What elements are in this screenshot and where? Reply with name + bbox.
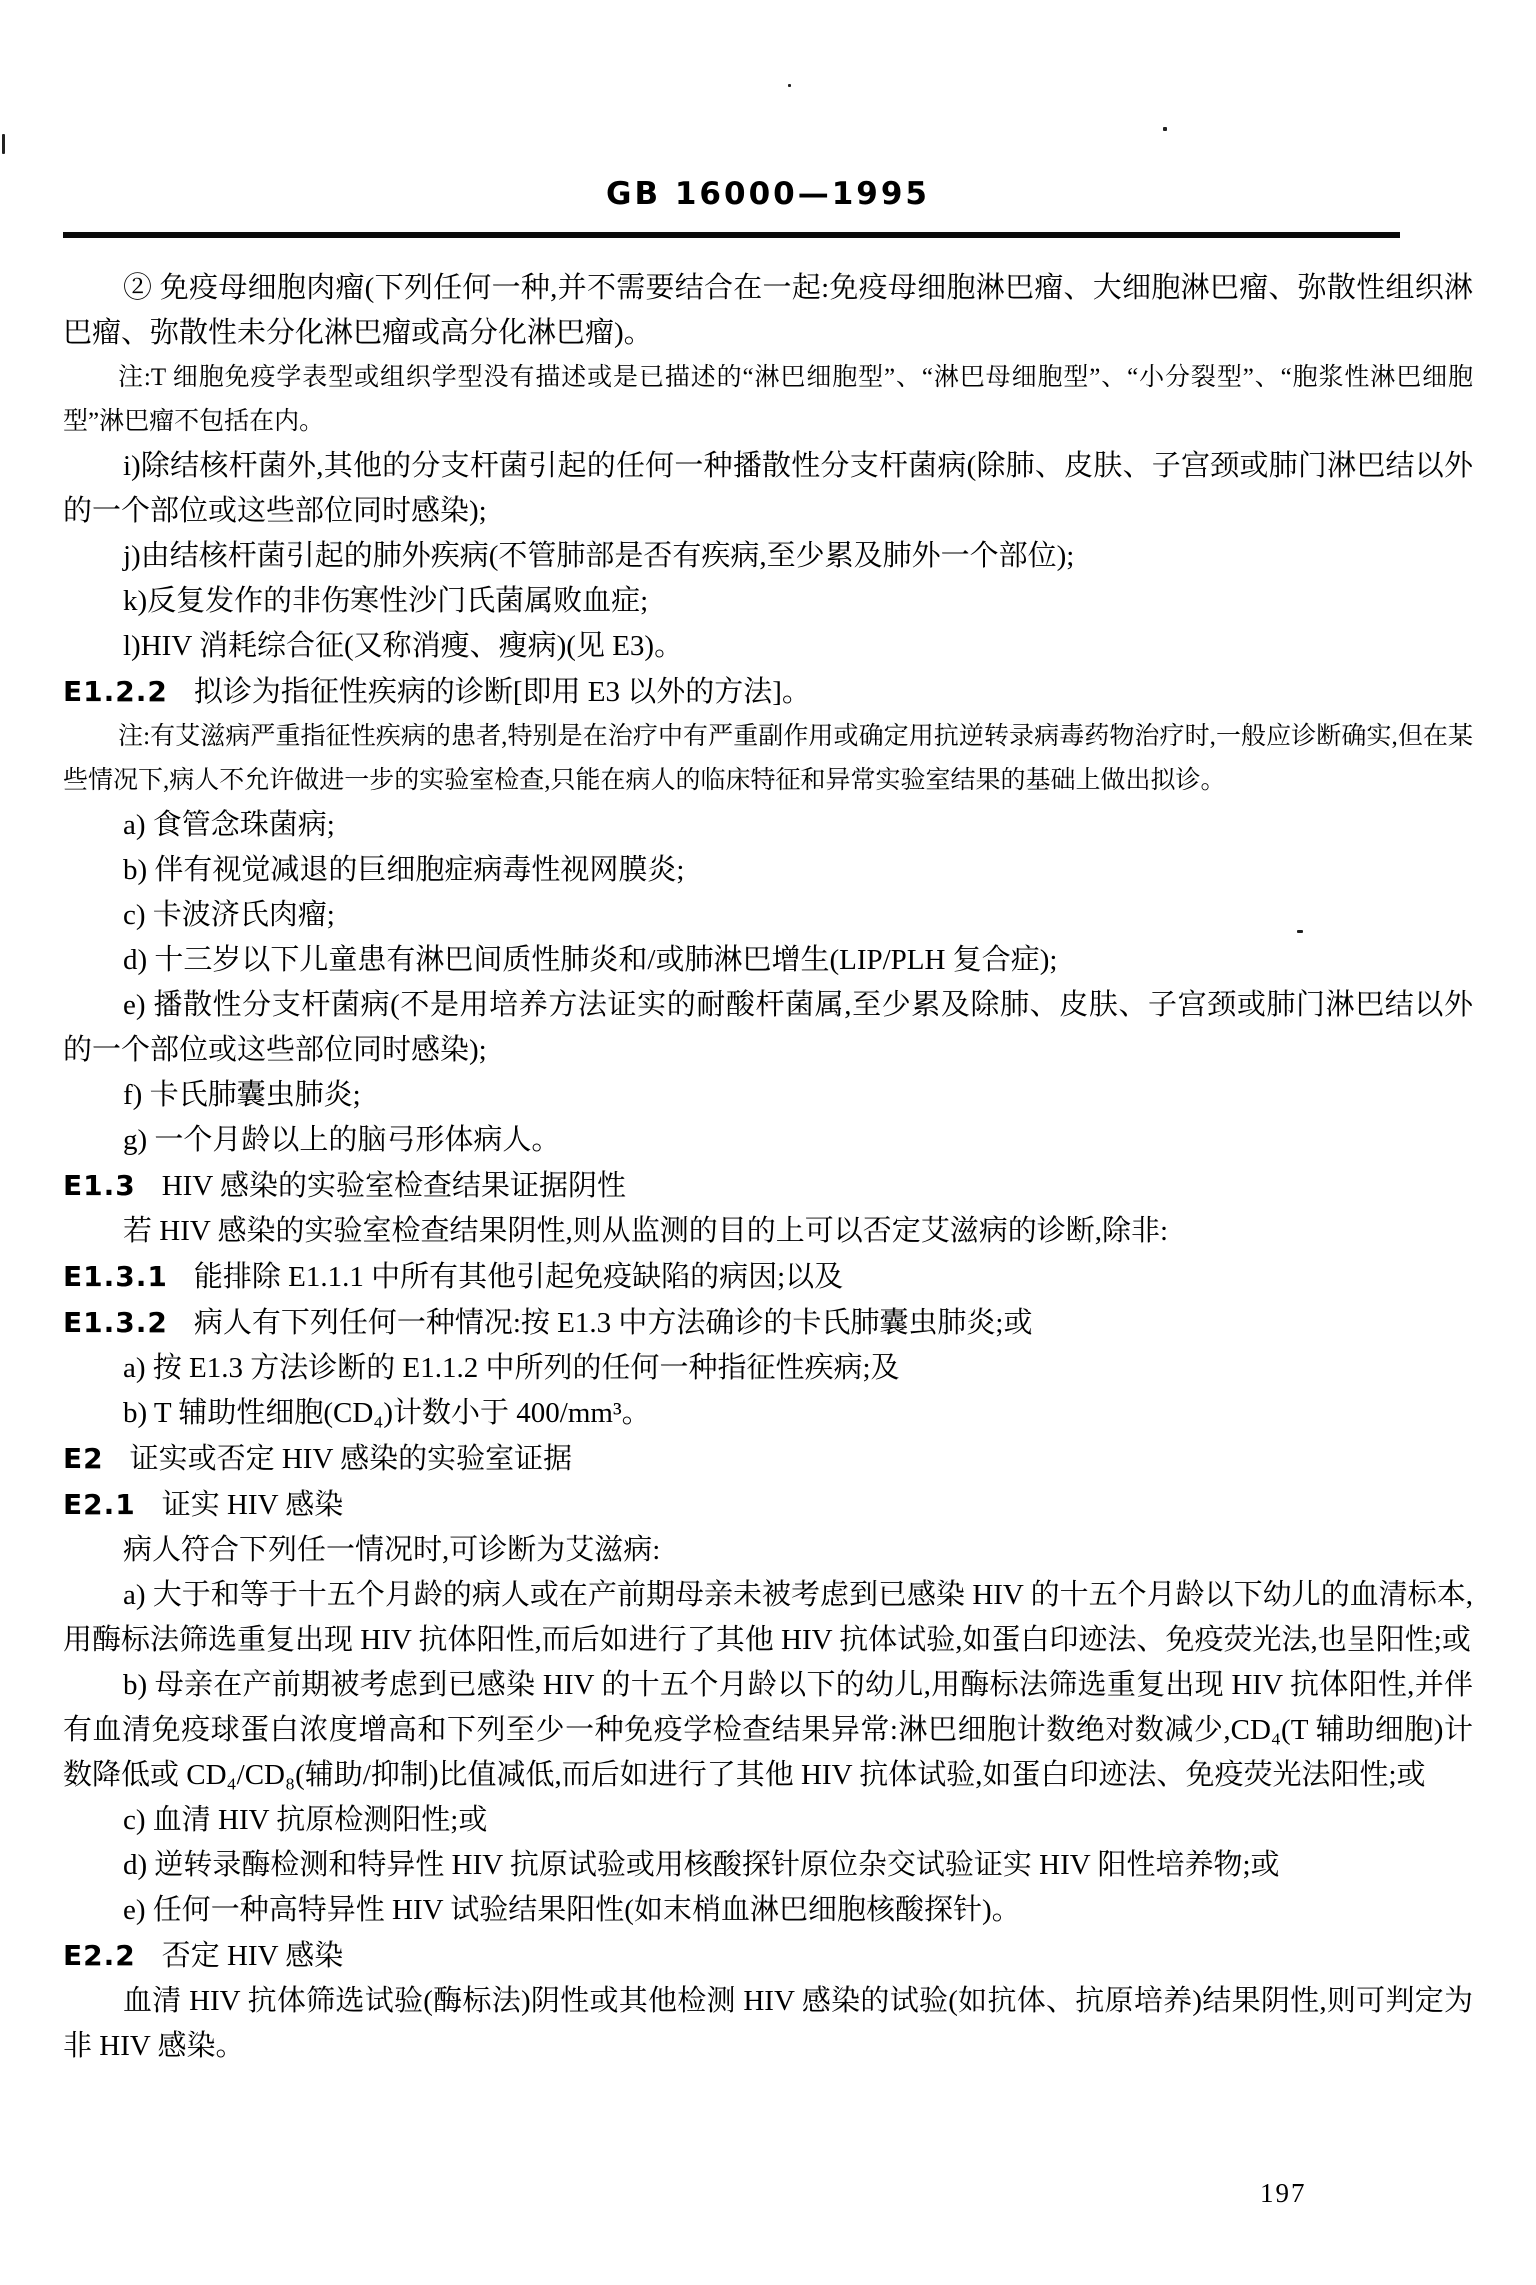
section-number: E2.2 [63,1939,136,1972]
section-heading: E1.3.2病人有下列任何一种情况:按 E1.3 中方法确诊的卡氏肺囊虫肺炎;或 [63,1300,1473,1346]
list-item: c) 血清 HIV 抗原检测阳性;或 [63,1798,1473,1843]
note-paragraph: 注:有艾滋病严重指征性疾病的患者,特别是在治疗中有严重副作用或确定用抗逆转录病毒… [63,715,1473,803]
document-body: ② 免疫母细胞肉瘤(下列任何一种,并不需要结合在一起:免疫母细胞淋巴瘤、大细胞淋… [63,266,1473,2069]
scan-artifact [2,134,5,154]
list-item: f) 卡氏肺囊虫肺炎; [63,1073,1473,1118]
list-item: j)由结核杆菌引起的肺外疾病(不管肺部是否有疾病,至少累及肺外一个部位); [63,534,1473,579]
note-paragraph: 注:T 细胞免疫学表型或组织学型没有描述或是已描述的“淋巴细胞型”、“淋巴母细胞… [63,356,1473,444]
list-item: b) T 辅助性细胞(CD₄)计数小于 400/mm³。 [63,1391,1473,1436]
section-number: E1.3 [63,1169,136,1202]
list-item: b) 母亲在产前期被考虑到已感染 HIV 的十五个月龄以下的幼儿,用酶标法筛选重… [63,1663,1473,1798]
list-item: i)除结核杆菌外,其他的分支杆菌引起的任何一种播散性分支杆菌病(除肺、皮肤、子宫… [63,444,1473,534]
section-heading: E2.2否定 HIV 感染 [63,1933,1473,1979]
list-item: a) 按 E1.3 方法诊断的 E1.1.2 中所列的任何一种指征性疾病;及 [63,1346,1473,1391]
section-number: E1.3.2 [63,1306,168,1339]
section-title: 能排除 E1.1.1 中所有其他引起免疫缺陷的病因;以及 [194,1261,843,1293]
paragraph: ② 免疫母细胞肉瘤(下列任何一种,并不需要结合在一起:免疫母细胞淋巴瘤、大细胞淋… [63,266,1473,356]
list-item: e) 任何一种高特异性 HIV 试验结果阳性(如末梢血淋巴细胞核酸探针)。 [63,1888,1473,1933]
section-heading: E1.2.2拟诊为指征性疾病的诊断[即用 E3 以外的方法]。 [63,669,1473,715]
section-number: E1.3.1 [63,1260,168,1293]
list-item: k)反复发作的非伤寒性沙门氏菌属败血症; [63,579,1473,624]
document-page: GB 16000—1995 ② 免疫母细胞肉瘤(下列任何一种,并不需要结合在一起… [0,0,1536,2285]
section-title: 病人有下列任何一种情况:按 E1.3 中方法确诊的卡氏肺囊虫肺炎;或 [194,1307,1033,1339]
scan-artifact [1163,127,1167,131]
section-number: E2 [63,1442,104,1475]
page-number: 197 [1260,2178,1307,2209]
list-item: a) 大于和等于十五个月龄的病人或在产前期母亲未被考虑到已感染 HIV 的十五个… [63,1573,1473,1663]
list-item: e) 播散性分支杆菌病(不是用培养方法证实的耐酸杆菌属,至少累及除肺、皮肤、子宫… [63,983,1473,1073]
list-item: d) 十三岁以下儿童患有淋巴间质性肺炎和/或肺淋巴增生(LIP/PLH 复合症)… [63,938,1473,983]
section-heading: E1.3.1能排除 E1.1.1 中所有其他引起免疫缺陷的病因;以及 [63,1254,1473,1300]
paragraph: 若 HIV 感染的实验室检查结果阴性,则从监测的目的上可以否定艾滋病的诊断,除非… [63,1209,1473,1254]
section-title: 否定 HIV 感染 [162,1940,344,1972]
section-title: 证实或否定 HIV 感染的实验室证据 [130,1443,573,1475]
paragraph: 血清 HIV 抗体筛选试验(酶标法)阴性或其他检测 HIV 感染的试验(如抗体、… [63,1979,1473,2069]
paragraph: 病人符合下列任一情况时,可诊断为艾滋病: [63,1528,1473,1573]
standard-code-header: GB 16000—1995 [0,176,1536,212]
section-title: HIV 感染的实验室检查结果证据阴性 [162,1170,626,1202]
scan-artifact [788,84,791,87]
list-item: c) 卡波济氏肉瘤; [63,893,1473,938]
list-item: a) 食管念珠菌病; [63,803,1473,848]
section-number: E2.1 [63,1488,136,1521]
list-item: d) 逆转录酶检测和特异性 HIV 抗原试验或用核酸探针原位杂交试验证实 HIV… [63,1843,1473,1888]
section-title: 证实 HIV 感染 [162,1489,344,1521]
section-heading: E2.1证实 HIV 感染 [63,1482,1473,1528]
list-item: l)HIV 消耗综合征(又称消瘦、瘦病)(见 E3)。 [63,624,1473,669]
header-rule [63,232,1400,238]
list-item: b) 伴有视觉减退的巨细胞症病毒性视网膜炎; [63,848,1473,893]
section-heading: E1.3HIV 感染的实验室检查结果证据阴性 [63,1163,1473,1209]
section-title: 拟诊为指征性疾病的诊断[即用 E3 以外的方法]。 [194,676,811,708]
list-item: g) 一个月龄以上的脑弓形体病人。 [63,1118,1473,1163]
section-heading: E2证实或否定 HIV 感染的实验室证据 [63,1436,1473,1482]
section-number: E1.2.2 [63,675,168,708]
